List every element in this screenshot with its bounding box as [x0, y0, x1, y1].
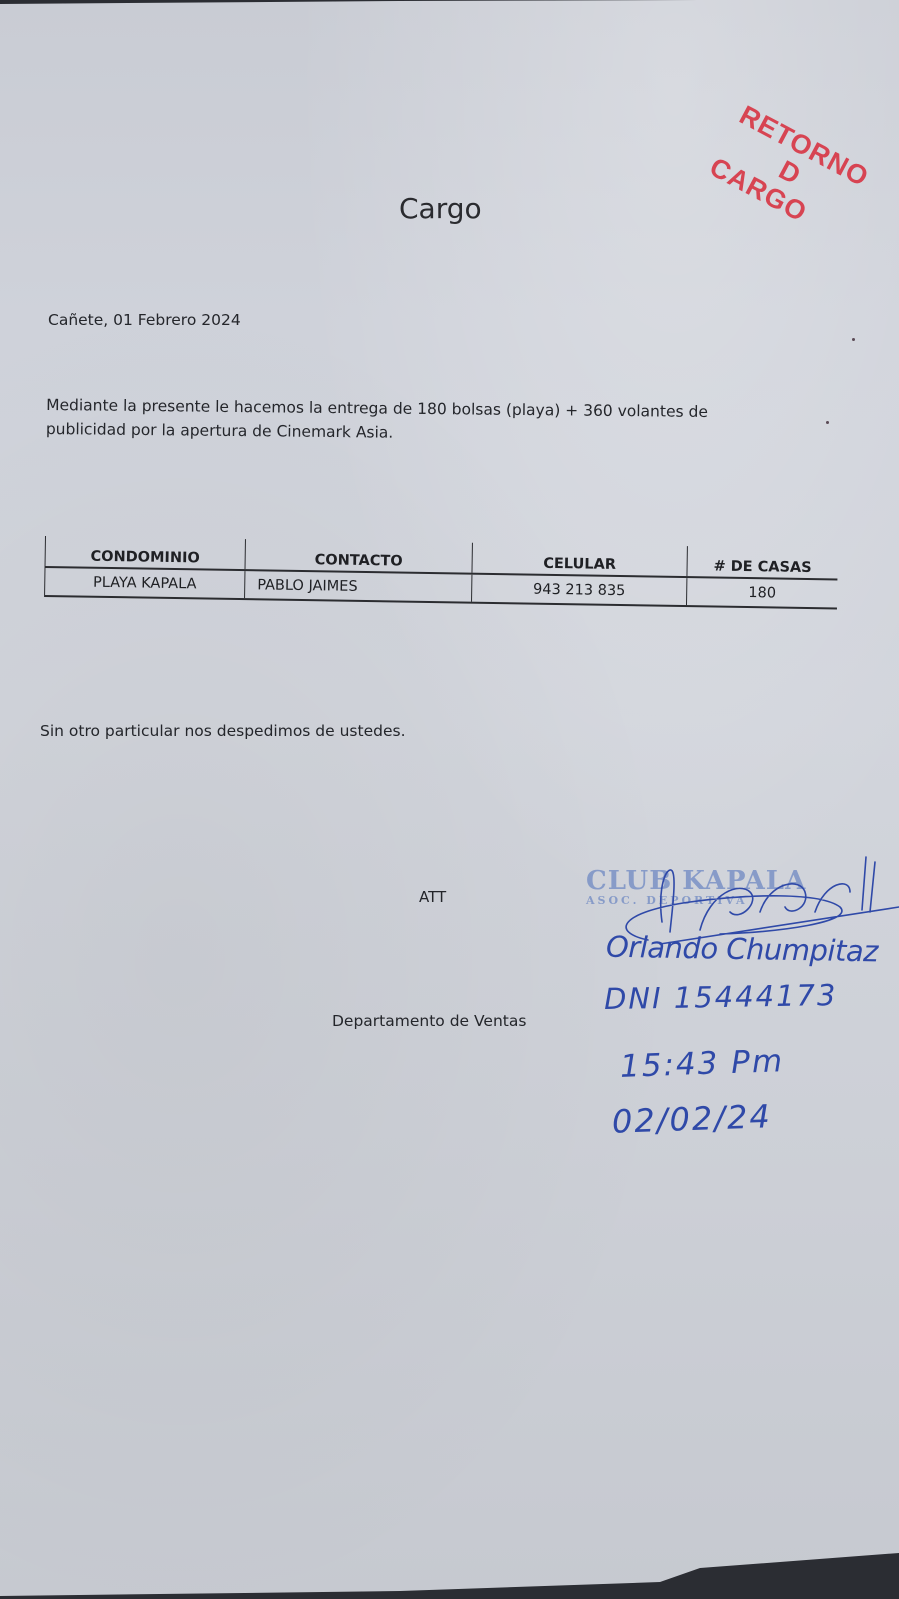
photo-scene: Cargo RETORNO D CARGO Cañete, 01 Febrero…: [0, 0, 899, 1599]
paper-sheet: Cargo RETORNO D CARGO Cañete, 01 Febrero…: [0, 0, 899, 1599]
att-label: ATT: [419, 888, 446, 906]
handwritten-date: 02/02/24: [611, 1097, 772, 1141]
cell-casas: 180: [686, 578, 837, 607]
body-paragraph: Mediante la presente le hacemos la entre…: [46, 393, 708, 448]
header-condominio: CONDOMINIO: [45, 536, 245, 569]
handwritten-time: 15:43 Pm: [619, 1043, 784, 1085]
header-casas: # DE CASAS: [686, 546, 837, 578]
closing-line: Sin otro particular nos despedimos de us…: [40, 722, 406, 740]
place-date: Cañete, 01 Febrero 2024: [48, 311, 241, 329]
cell-celular: 943 213 835: [471, 575, 686, 605]
delivery-table: CONDOMINIO CONTACTO CELULAR # DE CASAS P…: [44, 536, 838, 609]
document-title: Cargo: [399, 192, 482, 225]
header-contacto: CONTACTO: [245, 539, 472, 573]
cell-contacto: PABLO JAIMES: [244, 571, 471, 602]
handwritten-name: Orlando Chumpitaz: [606, 930, 878, 969]
cell-condominio: PLAYA KAPALA: [44, 568, 244, 598]
body-line-2: publicidad por la apertura de Cinemark A…: [46, 417, 708, 448]
speck: [852, 338, 855, 341]
handwritten-dni: DNI 15444173: [604, 978, 838, 1016]
speck: [826, 421, 829, 424]
return-cargo-stamp: RETORNO D CARGO: [700, 96, 881, 249]
header-celular: CELULAR: [471, 543, 686, 576]
department-name: Departamento de Ventas: [332, 1012, 526, 1030]
